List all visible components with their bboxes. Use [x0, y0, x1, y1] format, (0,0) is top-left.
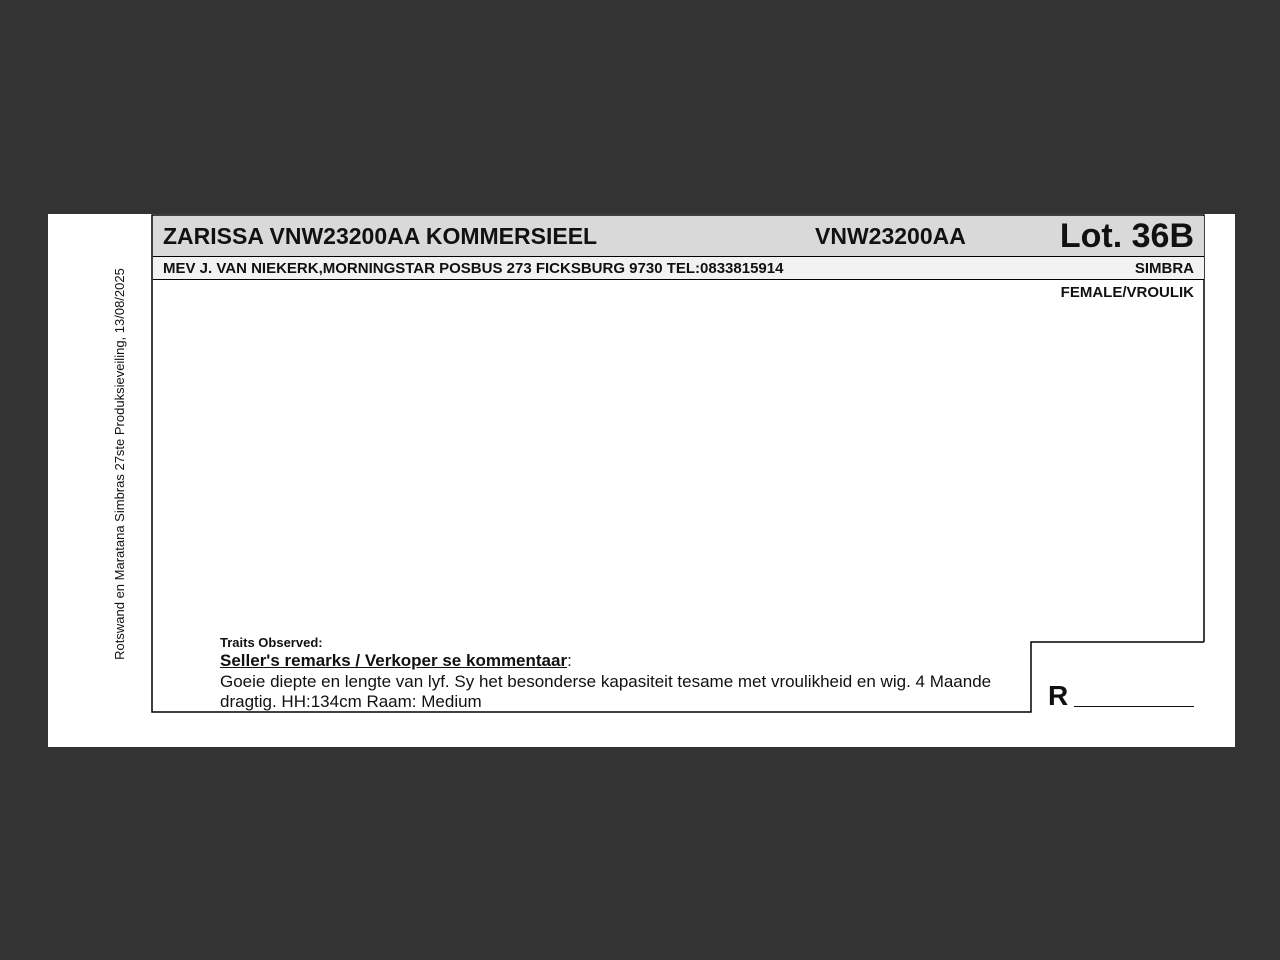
owner-row: MEV J. VAN NIEKERK,MORNINGSTAR POSBUS 27… — [153, 257, 1204, 280]
price-entry-line — [1074, 706, 1194, 707]
sellers-remarks-heading: Seller's remarks / Verkoper se kommentaa… — [220, 651, 572, 671]
breed-label: SIMBRA — [1135, 260, 1194, 277]
card-header: ZARISSA VNW23200AA KOMMERSIEEL VNW23200A… — [153, 216, 1204, 257]
animal-title: ZARISSA VNW23200AA KOMMERSIEEL — [163, 223, 597, 250]
owner-details: MEV J. VAN NIEKERK,MORNINGSTAR POSBUS 27… — [163, 260, 783, 277]
auction-caption: Rotswand en Maratana Simbras 27ste Produ… — [112, 249, 128, 679]
sellers-remarks-text: Goeie diepte en lengte van lyf. Sy het b… — [220, 672, 1000, 712]
remarks-heading-text: Seller's remarks / Verkoper se kommentaa… — [220, 651, 567, 670]
sex-label: FEMALE/VROULIK — [1061, 284, 1194, 301]
registration-number: VNW23200AA — [815, 223, 966, 250]
lot-number: Lot. 36B — [1060, 217, 1194, 256]
traits-observed-label: Traits Observed: — [220, 635, 323, 650]
remarks-colon: : — [567, 651, 572, 670]
price-prefix: R — [1048, 680, 1068, 712]
